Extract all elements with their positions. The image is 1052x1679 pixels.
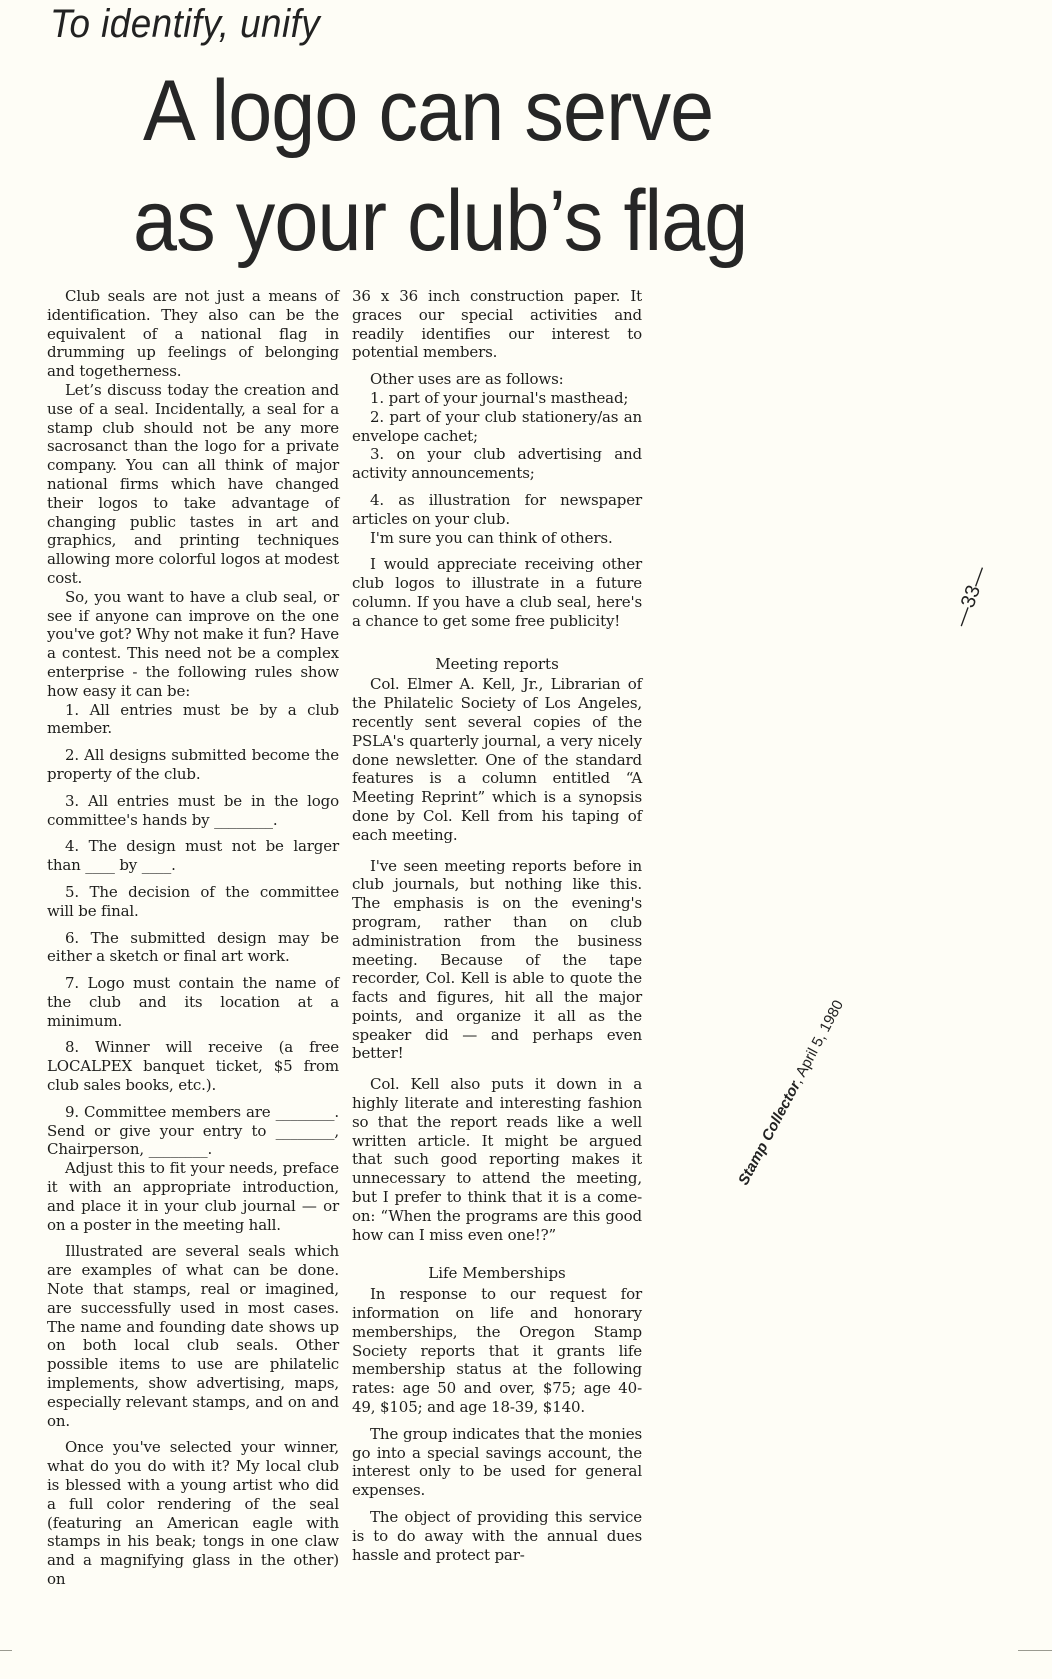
paragraph: 36 x 36 inch construction paper. It grac… <box>352 287 642 362</box>
rule-item: 2. All designs submitted become the prop… <box>47 746 339 784</box>
rule-item: 6. The submitted design may be either a … <box>47 929 339 967</box>
left-column: Club seals are not just a means of ident… <box>47 287 339 1589</box>
scan-edge-mark-left <box>0 1650 12 1651</box>
use-item: 1. part of your journal's masthead; <box>352 389 642 408</box>
right-column: 36 x 36 inch construction paper. It grac… <box>352 287 642 1564</box>
rule-item: 1. All entries must be by a club member. <box>47 701 339 739</box>
paragraph: I've seen meeting reports before in club… <box>352 857 642 1064</box>
scan-edge-mark-right <box>1018 1650 1052 1651</box>
paragraph: Let’s discuss today the creation and use… <box>47 381 339 588</box>
paragraph: So, you want to have a club seal, or see… <box>47 588 339 701</box>
source-publication: Stamp Collector <box>735 1078 804 1188</box>
paragraph: In response to our request for informati… <box>352 1285 642 1417</box>
paragraph: Once you've selected your winner, what d… <box>47 1438 339 1588</box>
paragraph: The group indicates that the monies go i… <box>352 1425 642 1500</box>
use-item: 4. as illustration for newspaper article… <box>352 491 642 529</box>
headline-line-2: as your club’s flag <box>133 178 1052 264</box>
headline-line-1: A logo can serve <box>143 68 1052 154</box>
paragraph: The object of providing this service is … <box>352 1508 642 1564</box>
paragraph: I would appreciate receiving other club … <box>352 555 642 630</box>
handwritten-source-note: Stamp Collector, April 5, 1980 <box>735 997 847 1188</box>
rule-item: 4. The design must not be larger than __… <box>47 837 339 875</box>
rule-item: 3. All entries must be in the logo commi… <box>47 792 339 830</box>
paragraph: Col. Kell also puts it down in a highly … <box>352 1075 642 1244</box>
handwritten-page-number: —33— <box>950 564 993 630</box>
paragraph: Club seals are not just a means of ident… <box>47 287 339 381</box>
paragraph: I'm sure you can think of others. <box>352 529 642 548</box>
source-date: , April 5, 1980 <box>789 997 847 1086</box>
paragraph: Other uses are as follows: <box>352 370 642 389</box>
rule-item: 7. Logo must contain the name of the clu… <box>47 974 339 1030</box>
article-kicker: To identify, unify <box>50 2 320 47</box>
rule-item: 9. Committee members are ________. Send … <box>47 1103 339 1159</box>
rule-item: 8. Winner will receive (a free LOCALPEX … <box>47 1038 339 1094</box>
use-item: 2. part of your club stationery/as an en… <box>352 408 642 446</box>
paragraph: Illustrated are several seals which are … <box>47 1242 339 1430</box>
paragraph: Col. Elmer A. Kell, Jr., Librarian of th… <box>352 675 642 844</box>
paragraph: Adjust this to fit your needs, preface i… <box>47 1159 339 1234</box>
section-heading-meeting-reports: Meeting reports <box>352 655 642 674</box>
use-item: 3. on your club advertising and activity… <box>352 445 642 483</box>
rule-item: 5. The decision of the committee will be… <box>47 883 339 921</box>
headline-text-2: as your club’s flag <box>133 178 1052 264</box>
section-heading-life-memberships: Life Memberships <box>352 1264 642 1283</box>
headline-text-1: A logo can serve <box>143 68 1052 154</box>
